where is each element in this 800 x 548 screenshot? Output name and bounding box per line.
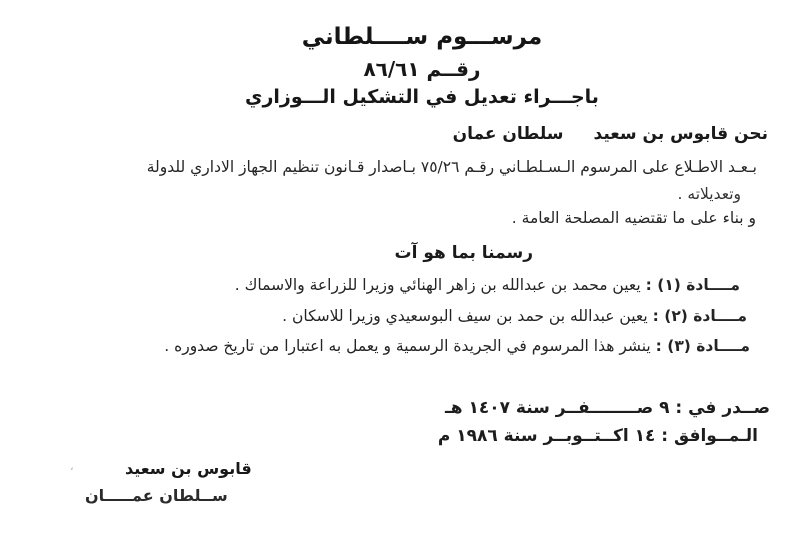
article-3-label: مــــادة (٣) : [656, 337, 750, 355]
recital-line-2: وتعديلاته . [678, 185, 741, 203]
article-2-label: مــــادة (٢) : [653, 307, 747, 325]
article-1-label: مــــادة (١) : [646, 276, 740, 294]
sultan-ruler-title: سلطان عمان [453, 124, 564, 144]
signature-name: قابوس بن سعيد [125, 459, 252, 478]
article-row-1: مــــادة (١) : يعين محمد بن عبدالله بن ز… [235, 276, 740, 294]
decree-title: مرســـوم ســــلطاني [212, 24, 632, 50]
recital-line-3: و بناء على ما تقتضيه المصلحة العامة . [512, 209, 756, 227]
article-1-text: يعين محمد بن عبدالله بن زاهر الهنائي وزي… [235, 276, 641, 294]
article-3-text: ينشر هذا المرسوم في الجريدة الرسمية و يع… [164, 337, 650, 355]
recital-line-1: بـعـد الاطـلاع على المرسوم الـسـلطـاني ر… [147, 158, 757, 176]
decree-intro-line: رسمنا بما هو آت [395, 243, 534, 263]
article-row-3: مــــادة (٣) : ينشر هذا المرسوم في الجري… [164, 337, 750, 355]
signature-title: ســلطان عمـــــان [85, 486, 228, 505]
issue-date-gregorian: الـمــوافق : ١٤ اكــتــوبــر سنة ١٩٨٦ م [438, 426, 758, 446]
article-row-2: مــــادة (٢) : يعين عبدالله بن حمد بن سي… [282, 307, 747, 325]
preamble-line: نحن قابوس بن سعيدسلطان عمان [453, 124, 768, 144]
decree-number: رقــم ٨٦/٦١ [212, 57, 632, 81]
scan-artifact-mark: ، [70, 460, 74, 473]
article-2-text: يعين عبدالله بن حمد بن سيف البوسعيدي وزي… [282, 307, 648, 325]
decree-subject: باجـــراء تعديل في التشكيل الـــوزاري [212, 86, 632, 108]
sultan-we-phrase: نحن قابوس بن سعيد [594, 124, 768, 144]
decree-document-page: مرســـوم ســــلطاني رقــم ٨٦/٦١ باجـــرا… [0, 0, 800, 548]
issue-date-hijri: صــدر في : ٩ صــــــــفــر سنة ١٤٠٧ هـ [445, 398, 770, 418]
